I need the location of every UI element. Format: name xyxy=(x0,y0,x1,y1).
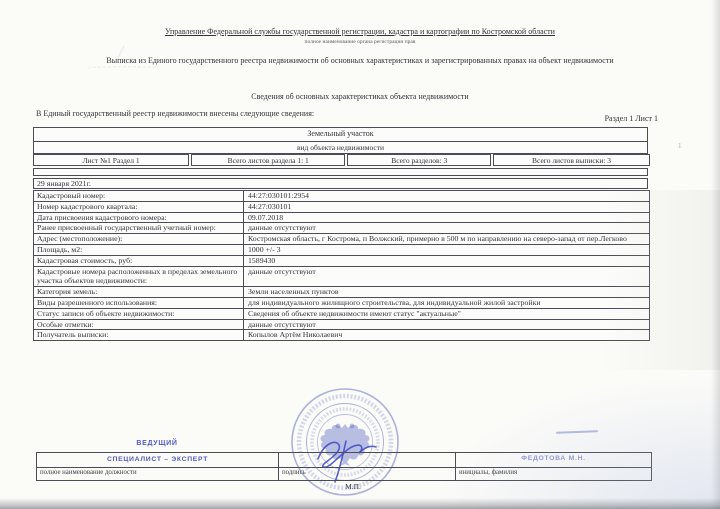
table-row: Виды разрешенного использования: для инд… xyxy=(33,297,650,309)
sheet-info-row: Лист №1 Раздел 1 Всего листов раздела 1:… xyxy=(33,154,650,166)
position-stamp-line1: ВЕДУЩИЙ xyxy=(36,440,278,447)
sheet-info-cell: Лист №1 Раздел 1 xyxy=(33,154,189,166)
table-row: Категория земель: Земли населенных пункт… xyxy=(33,286,650,298)
sheet-info-cell: Всего листов раздела 1: 1 xyxy=(191,154,345,166)
attribute-value: данные отсутствуют xyxy=(244,223,644,233)
scan-edge-right xyxy=(711,0,720,509)
table-row: Ранее присвоенный государственный учетны… xyxy=(33,222,650,234)
object-type-box: Земельный участок вид объекта недвижимос… xyxy=(33,127,648,154)
registration-authority-name: Управление Федеральной службы государств… xyxy=(5,27,715,36)
intro-text: В Единый государственный реестр недвижим… xyxy=(36,109,314,118)
sheet-info-cell: Всего разделов: 3 xyxy=(347,154,491,166)
scan-tint xyxy=(600,190,720,370)
table-row: Кадастровая стоимость, руб: 1589430 xyxy=(33,255,650,267)
section-sheet-reference: Раздел 1 Лист 1 xyxy=(605,114,658,123)
scan-edge-bottom xyxy=(0,498,720,509)
attributes-table: Кадастровый номер: 44:27:030101:2954 Ном… xyxy=(33,190,650,341)
attribute-label: Статус записи об объекте недвижимости: xyxy=(34,309,244,319)
table-row: Адрес (местоположение): Костромская обла… xyxy=(33,233,650,245)
table-row: Кадастровые номера расположенных в преде… xyxy=(33,266,650,288)
object-type-value: Земельный участок xyxy=(34,128,647,142)
seal-place-caption: М.П. xyxy=(278,482,428,491)
attribute-value: 09.07.2018 xyxy=(244,213,644,223)
attribute-value: данные отсутствуют xyxy=(244,267,644,287)
attribute-value: Земли населенных пунктов xyxy=(244,287,644,297)
position-stamp-line2: СПЕЦИАЛИСТ – ЭКСПЕРТ xyxy=(37,453,279,467)
section-title: Сведения об основных характеристиках объ… xyxy=(5,92,715,101)
attribute-value: Сведения об объекте недвижимости имеют с… xyxy=(244,309,644,319)
attribute-value: Костромская область, г Кострома, п Волжс… xyxy=(244,234,644,244)
scan-tint-bottom-right xyxy=(440,379,720,509)
pencil-scuff-marks xyxy=(86,42,178,74)
table-row: Дата присвоения кадастрового номера: 09.… xyxy=(33,212,650,224)
position-caption: полное наименование должности xyxy=(37,468,279,480)
attribute-value: Копылов Артём Николаевич xyxy=(244,330,644,340)
table-row: Площадь, м2: 1000 +/- 3 xyxy=(33,244,650,256)
scanned-document-page: Управление Федеральной службы государств… xyxy=(0,0,720,509)
attribute-value: 44:27:030101 xyxy=(244,202,644,212)
table-row: Номер кадастрового квартала: 44:27:03010… xyxy=(33,201,650,213)
attribute-label: Ранее присвоенный государственный учетны… xyxy=(34,223,244,233)
attribute-label: Категория земель: xyxy=(34,287,244,297)
attribute-value: 1000 +/- 3 xyxy=(244,245,644,255)
table-row: Статус записи об объекте недвижимости: С… xyxy=(33,308,650,320)
table-row: Получатель выписки: Копылов Артём Никола… xyxy=(33,329,650,341)
attribute-value: 44:27:030101:2954 xyxy=(244,191,644,201)
attribute-label: Кадастровые номера расположенных в преде… xyxy=(34,267,244,287)
sheet-info-cell: Всего листов выписки: 3 xyxy=(493,154,650,166)
attribute-value: для индивидуального жилищного строительс… xyxy=(244,298,644,308)
attribute-label: Адрес (местоположение): xyxy=(34,234,244,244)
attribute-label: Особые отметки: xyxy=(34,320,244,330)
signature-cell xyxy=(279,453,456,467)
table-row: Особые отметки: данные отсутствуют xyxy=(33,319,650,331)
attribute-label: Номер кадастрового квартала: xyxy=(34,202,244,212)
attribute-label: Площадь, м2: xyxy=(34,245,244,255)
table-row: Кадастровый номер: 44:27:030101:2954 xyxy=(33,190,650,202)
extract-date-row: 29 января 2021г. xyxy=(33,178,648,189)
attribute-label: Виды разрешенного использования: xyxy=(34,298,244,308)
object-type-caption: вид объекта недвижимости xyxy=(34,142,647,153)
attribute-label: Кадастровая стоимость, руб: xyxy=(34,256,244,266)
attribute-label: Получатель выписки: xyxy=(34,330,244,340)
signature-caption: подпись xyxy=(279,468,456,480)
empty-spacer-row xyxy=(33,168,648,176)
faint-page-mark: 1 xyxy=(678,142,682,150)
attribute-value: данные отсутствуют xyxy=(244,320,644,330)
attribute-label: Кадастровый номер: xyxy=(34,191,244,201)
attribute-label: Дата присвоения кадастрового номера: xyxy=(34,213,244,223)
attribute-value: 1589430 xyxy=(244,256,644,266)
